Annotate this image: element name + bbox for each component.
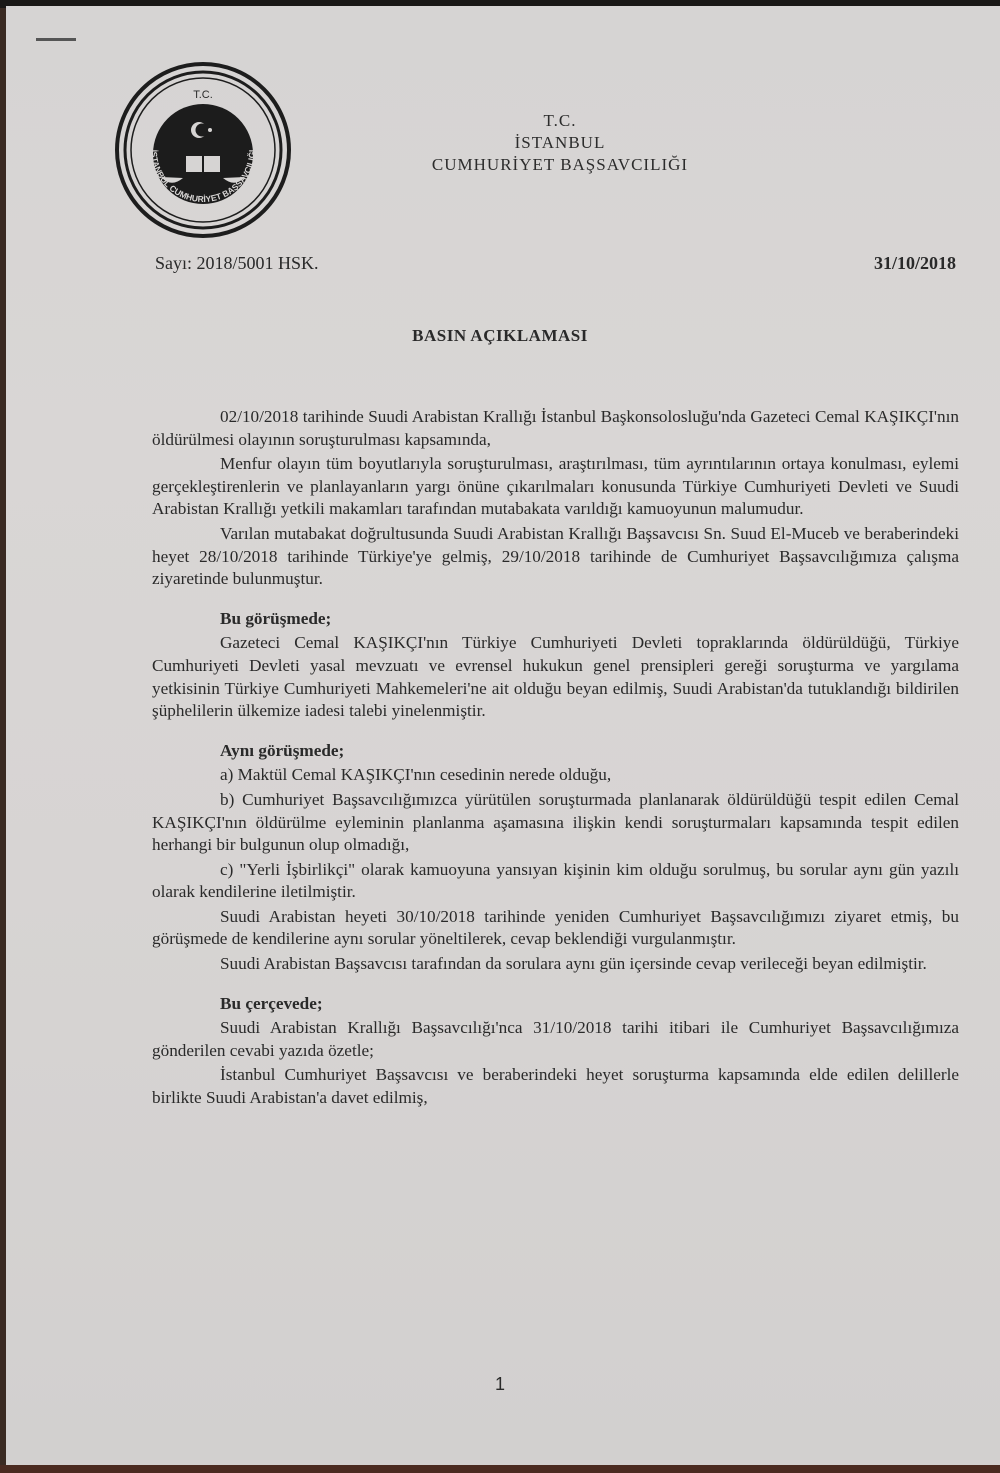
svg-text:T.C.: T.C. [193,89,213,101]
paragraph-5: Suudi Arabistan heyeti 30/10/2018 tarihi… [152,906,959,951]
page-number: 1 [0,1374,1000,1395]
document-date: 31/10/2018 [874,253,956,274]
letterhead-line-1: T.C. [380,110,740,132]
list-item-a: a) Maktül Cemal KAŞIKÇI'nın cesedinin ne… [152,764,959,787]
document-title: BASIN AÇIKLAMASI [0,326,1000,346]
paragraph-1: 02/10/2018 tarihinde Suudi Arabistan Kra… [152,406,959,451]
list-item-b: b) Cumhuriyet Başsavcılığımızca yürütüle… [152,789,959,857]
seal-emblem-icon: T.C. İSTANBUL CUMHURİYET BAŞSAVCILIĞI [113,60,293,240]
document-body: 02/10/2018 tarihinde Suudi Arabistan Kra… [152,406,959,1110]
list-item-c: c) "Yerli İşbirlikçi" olarak kamuoyuna y… [152,859,959,904]
paragraph-2: Menfur olayın tüm boyutlarıyla soruşturu… [152,453,959,521]
section-heading-3: Bu çerçevede; [152,993,959,1016]
paragraph-6: Suudi Arabistan Başsavcısı tarafından da… [152,953,959,976]
photo-background-bottom [0,1465,1000,1473]
paragraph-3: Varılan mutabakat doğrultusunda Suudi Ar… [152,523,959,591]
letterhead-line-3: CUMHURİYET BAŞSAVCILIĞI [380,154,740,176]
paragraph-7: Suudi Arabistan Krallığı Başsavcılığı'nc… [152,1017,959,1062]
reference-number: Sayı: 2018/5001 HSK. [155,253,319,274]
hole-punch-mark [36,38,76,41]
letterhead-line-2: İSTANBUL [380,132,740,154]
letterhead: T.C. İSTANBUL CUMHURİYET BAŞSAVCILIĞI [380,110,740,176]
paragraph-4: Gazeteci Cemal KAŞIKÇI'nın Türkiye Cumhu… [152,632,959,722]
section-heading-1: Bu görüşmede; [152,608,959,631]
section-heading-2: Aynı görüşmede; [152,740,959,763]
paragraph-8: İstanbul Cumhuriyet Başsavcısı ve berabe… [152,1064,959,1109]
prosecutor-office-seal: T.C. İSTANBUL CUMHURİYET BAŞSAVCILIĞI [113,60,293,240]
